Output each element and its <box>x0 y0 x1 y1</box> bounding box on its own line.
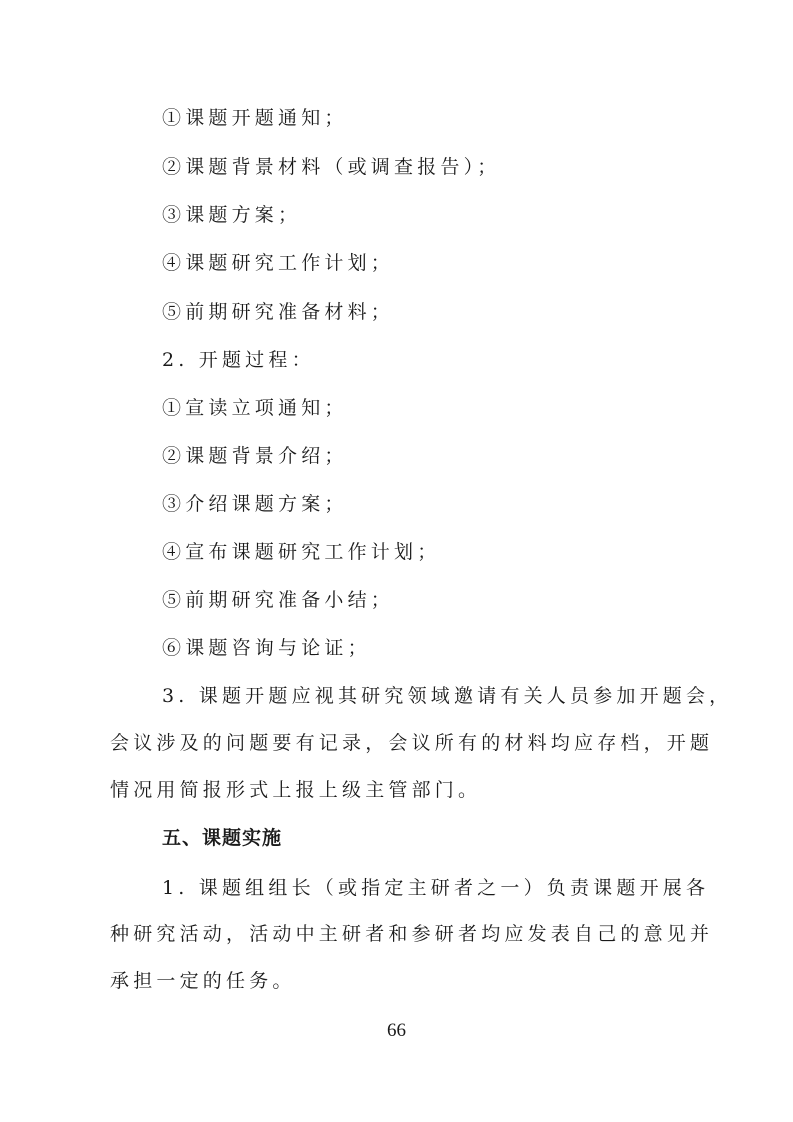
paragraph-line: 会议涉及的问题要有记录，会议所有的材料均应存档，开题 <box>110 731 713 755</box>
list-item: ②课题背景材料（或调查报告）； <box>162 155 501 179</box>
process-title: 2. 开题过程： <box>162 348 315 372</box>
paragraph-line: 1. 课题组组长（或指定主研者之一）负责课题开展各 <box>162 876 709 900</box>
paragraph-line: 情况用简报形式上报上级主管部门。 <box>110 778 481 802</box>
list-item: ④宣布课题研究工作计划； <box>162 540 440 564</box>
list-item: ③课题方案； <box>162 203 301 227</box>
page-number: 66 <box>0 1020 793 1042</box>
paragraph-line: 承担一定的任务。 <box>110 969 296 993</box>
list-item: ③介绍课题方案； <box>162 492 348 516</box>
list-item: ②课题背景介绍； <box>162 444 348 468</box>
list-item: ⑤前期研究准备材料； <box>162 300 394 324</box>
list-item: ④课题研究工作计划； <box>162 251 394 275</box>
paragraph-line: 3. 课题开题应视其研究领域邀请有关人员参加开题会， <box>162 684 732 708</box>
section-heading: 五、课题实施 <box>162 826 282 850</box>
paragraph-line: 种研究活动，活动中主研者和参研者均应发表自己的意见并 <box>110 922 713 946</box>
list-item: ⑤前期研究准备小结； <box>162 588 394 612</box>
list-item: ①课题开题通知； <box>162 106 348 130</box>
list-item: ⑥课题咨询与论证； <box>162 636 371 660</box>
list-item: ①宣读立项通知； <box>162 396 348 420</box>
